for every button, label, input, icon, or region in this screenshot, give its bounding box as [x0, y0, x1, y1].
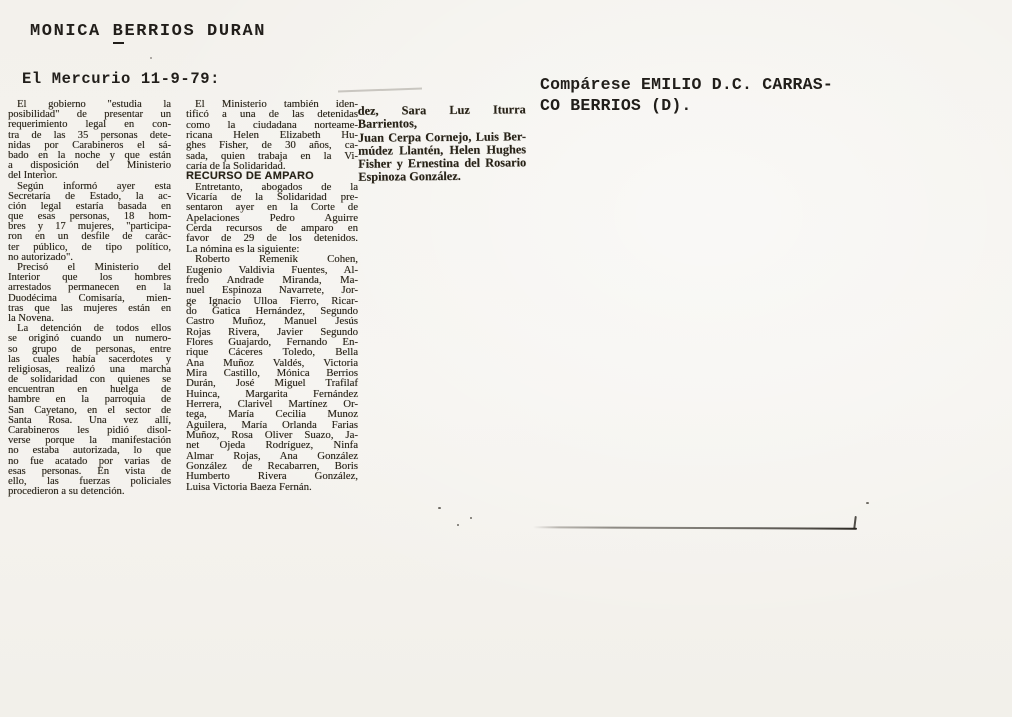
news-line: dez, Sara Luz Iturra Barrientos,: [358, 103, 526, 131]
scan-artifact-speck: [150, 57, 152, 59]
scanned-document-page: MONICA BERRIOS DURAN El Mercurio 11-9-79…: [0, 0, 1012, 717]
news-line: del Interior.: [8, 171, 171, 181]
news-line: nuel Espinoza Navarrete, Jor-: [186, 285, 358, 295]
scan-artifact-speck: [438, 507, 441, 509]
subject-name-annotation: MONICA BERRIOS DURAN: [30, 22, 266, 41]
news-line: Espinoza González.: [358, 170, 526, 185]
cross-reference-note: Compárese EMILIO D.C. CARRAS- CO BERRIOS…: [540, 74, 870, 116]
scan-artifact-speck: [470, 517, 472, 519]
news-line: Roberto Remenik Cohen,: [186, 254, 358, 264]
news-column-3: dez, Sara Luz Iturra Barrientos,Juan Cer…: [358, 103, 527, 184]
subject-name-underlined-letter: B: [113, 22, 125, 44]
news-line: Luisa Victoria Baeza Fernán.: [186, 482, 358, 492]
news-line: se originó cuando un numero-: [8, 334, 171, 344]
subject-name-rest: ERRIOS DURAN: [124, 22, 266, 41]
cross-reference-note-line-1: Compárese EMILIO D.C. CARRAS-: [540, 74, 870, 95]
source-citation: El Mercurio 11-9-79:: [22, 70, 220, 88]
news-column-2: El Ministerio también iden-tificó a una …: [186, 99, 358, 492]
subject-name-prefix: MONICA: [30, 22, 113, 41]
cross-reference-note-line-2: CO BERRIOS (D).: [540, 95, 870, 116]
news-line: Castro Muñoz, Manuel Jesús: [186, 316, 358, 326]
scan-artifact-speck: [457, 524, 459, 526]
scan-artifact-speck: [866, 502, 869, 504]
news-line: procedieron a su detención.: [8, 487, 171, 497]
scan-artifact-line: [533, 526, 857, 529]
scan-artifact-smudge: [338, 88, 422, 93]
news-column-1: El gobierno "estudia laposibilidad" de p…: [8, 100, 171, 497]
